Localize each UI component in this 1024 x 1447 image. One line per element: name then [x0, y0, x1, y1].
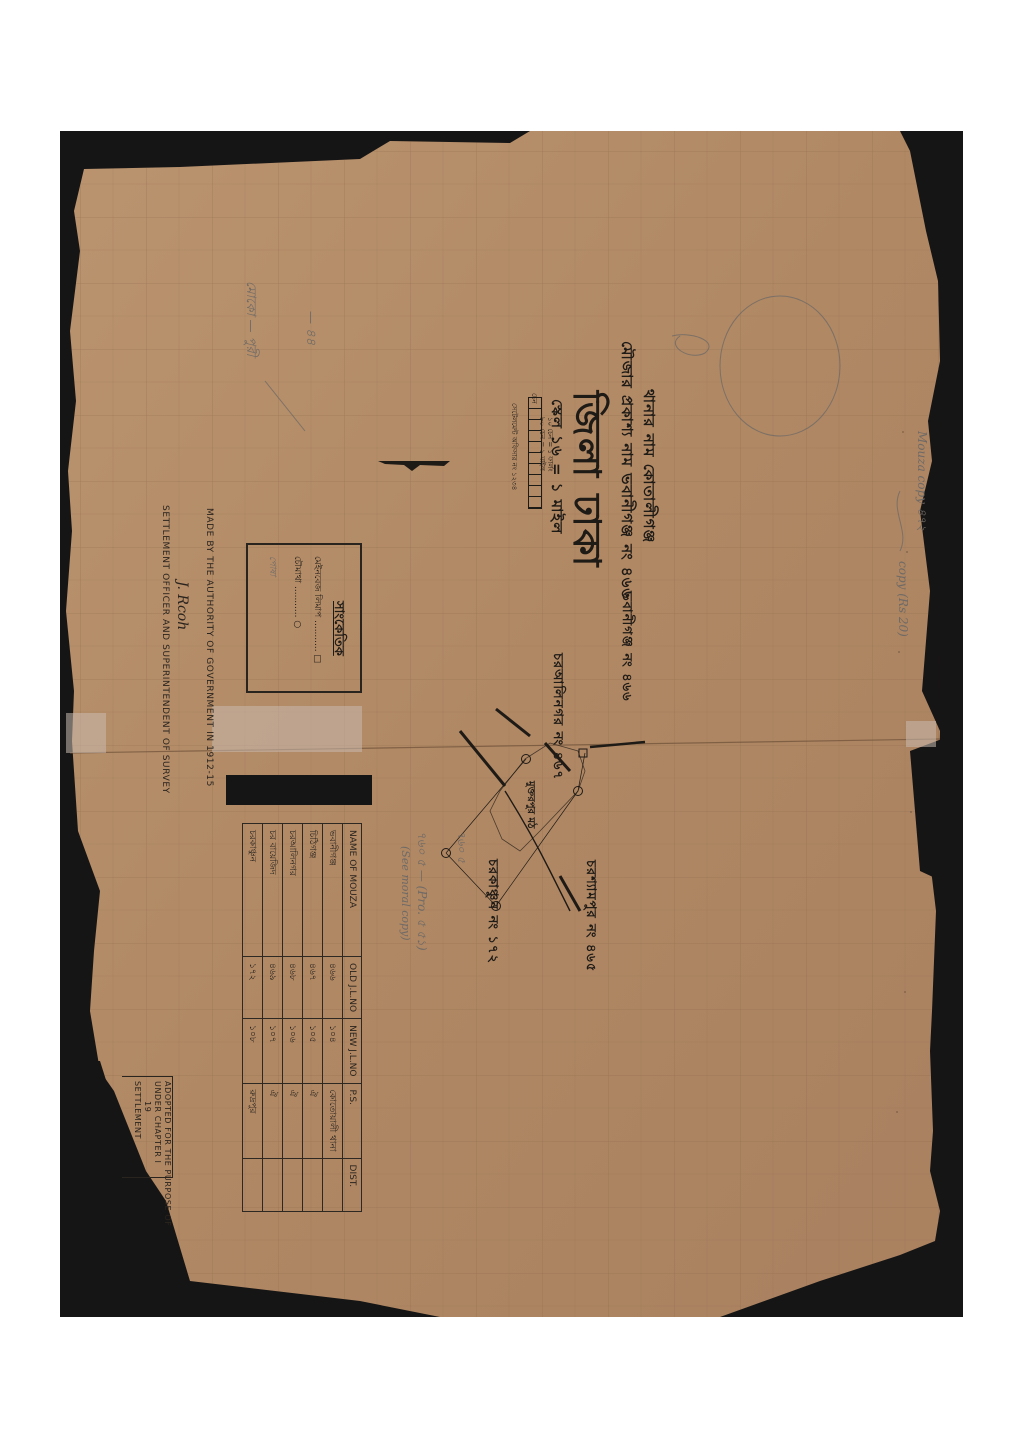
- header-mouza: মৌজার প্রকাশ্য নাম ভবানীগঞ্জ নং ৪৬৬: [613, 341, 638, 599]
- tape-strip: [906, 721, 936, 747]
- map-label-north: ভবানীগঞ্জ নং ৪৬৬: [615, 591, 636, 702]
- col-name: NAME OF MOUZA: [343, 824, 362, 957]
- mouza-table: NAME OF MOUZA OLD J.L.NO NEW J.L.NO P.S.…: [242, 823, 362, 1212]
- stamp-line-2: UNDER CHAPTER I: [153, 1081, 162, 1163]
- pencil-note: ৭৬০ ৫: [451, 831, 470, 863]
- tape-strip: [66, 713, 106, 753]
- pencil-note: (See moral copy): [399, 846, 412, 941]
- col-ps: P.S.: [343, 1083, 362, 1158]
- legend-label: চৌমাথা: [292, 556, 302, 583]
- col-new-jl: NEW J.L.NO: [343, 1019, 362, 1083]
- pencil-note: — ৪৪: [299, 311, 320, 345]
- legend-label: মেইনবেজ লিমাপ: [312, 556, 322, 617]
- map-label-center: মুক্তরপুর মঠ: [521, 781, 538, 828]
- pencil-note: মোকো — পুরী: [239, 281, 260, 356]
- pencil-note: ৭৬০ ৫ — (Pro. ৫ ৫১): [410, 831, 430, 951]
- settlement-officer-line: SETTLEMENT OFFICER AND SUPERINTENDENT OF…: [160, 505, 170, 794]
- stamp-line-1: ADOPTED FOR THE PURPOSE OF: [163, 1081, 172, 1226]
- pencil-note: copy (Rs 20): [896, 561, 910, 637]
- table-header-row: NAME OF MOUZA OLD J.L.NO NEW J.L.NO P.S.…: [343, 824, 362, 1212]
- legend-row-1: মেইনবেজ লিমাপ ........... □: [310, 556, 325, 676]
- authority-line: MADE BY THE AUTHORITY OF GOVERNMENT IN 1…: [204, 508, 214, 787]
- scan-background: থানার নাম কোতালীগঞ্জ মৌজার প্রকাশ্য নাম …: [60, 131, 963, 1317]
- table-row: চিঠিগঞ্জ৪৬৭১০৫ঐ: [303, 824, 323, 1212]
- stamp-line-4: SETTLEMENT: [133, 1081, 142, 1139]
- stamp-line-3: 19: [143, 1101, 152, 1112]
- col-old-jl: OLD J.L.NO: [343, 957, 362, 1019]
- header-thana: থানার নাম কোতালীগঞ্জ: [635, 389, 660, 543]
- pencil-note: Mouza copy ৪৭২: [910, 431, 930, 531]
- table-row: চরকাঞ্চুন১৭২১০৮রুদ্রপুর: [243, 824, 263, 1212]
- map-label-west: চরআলিনগর নং ৪৬৭: [546, 653, 567, 780]
- signature: J. Rcoh: [174, 581, 190, 630]
- scale-label: চেন: [528, 393, 540, 404]
- legend-row-3: পোষা: [265, 556, 280, 576]
- circle-symbol-icon: ○: [292, 620, 302, 628]
- map-label-south: চরকাঞ্চুন নং ১৭২: [481, 859, 502, 964]
- scale-caption: সেটেলমেন্ট অফিসার নং ১২৩৪: [508, 403, 520, 490]
- tape-strip: [212, 706, 362, 752]
- table-row: ভবানীগঞ্জ৪৬৬১০৪কোতোয়ালী থানা: [323, 824, 343, 1212]
- table-row: চর বায়েজিদ৪৬৯১০৭ঐ: [263, 824, 283, 1212]
- map-paper: [60, 131, 963, 1317]
- scale-note-2: ৮০ চেন = ১ মাইল: [536, 417, 548, 471]
- legend-row-2: চৌমাথা ........... ○: [290, 556, 305, 676]
- legend-title: সাংকেতিক: [327, 601, 348, 656]
- map-label-east: চরশ্যামপুর নং ৪৬৫: [579, 860, 600, 972]
- table-row: চরআলিনগর৪৬৮১০৬ঐ: [283, 824, 303, 1212]
- square-symbol-icon: □: [312, 654, 322, 663]
- mouza-table-wrap: NAME OF MOUZA OLD J.L.NO NEW J.L.NO P.S.…: [242, 823, 362, 1212]
- col-dist: DIST.: [343, 1158, 362, 1211]
